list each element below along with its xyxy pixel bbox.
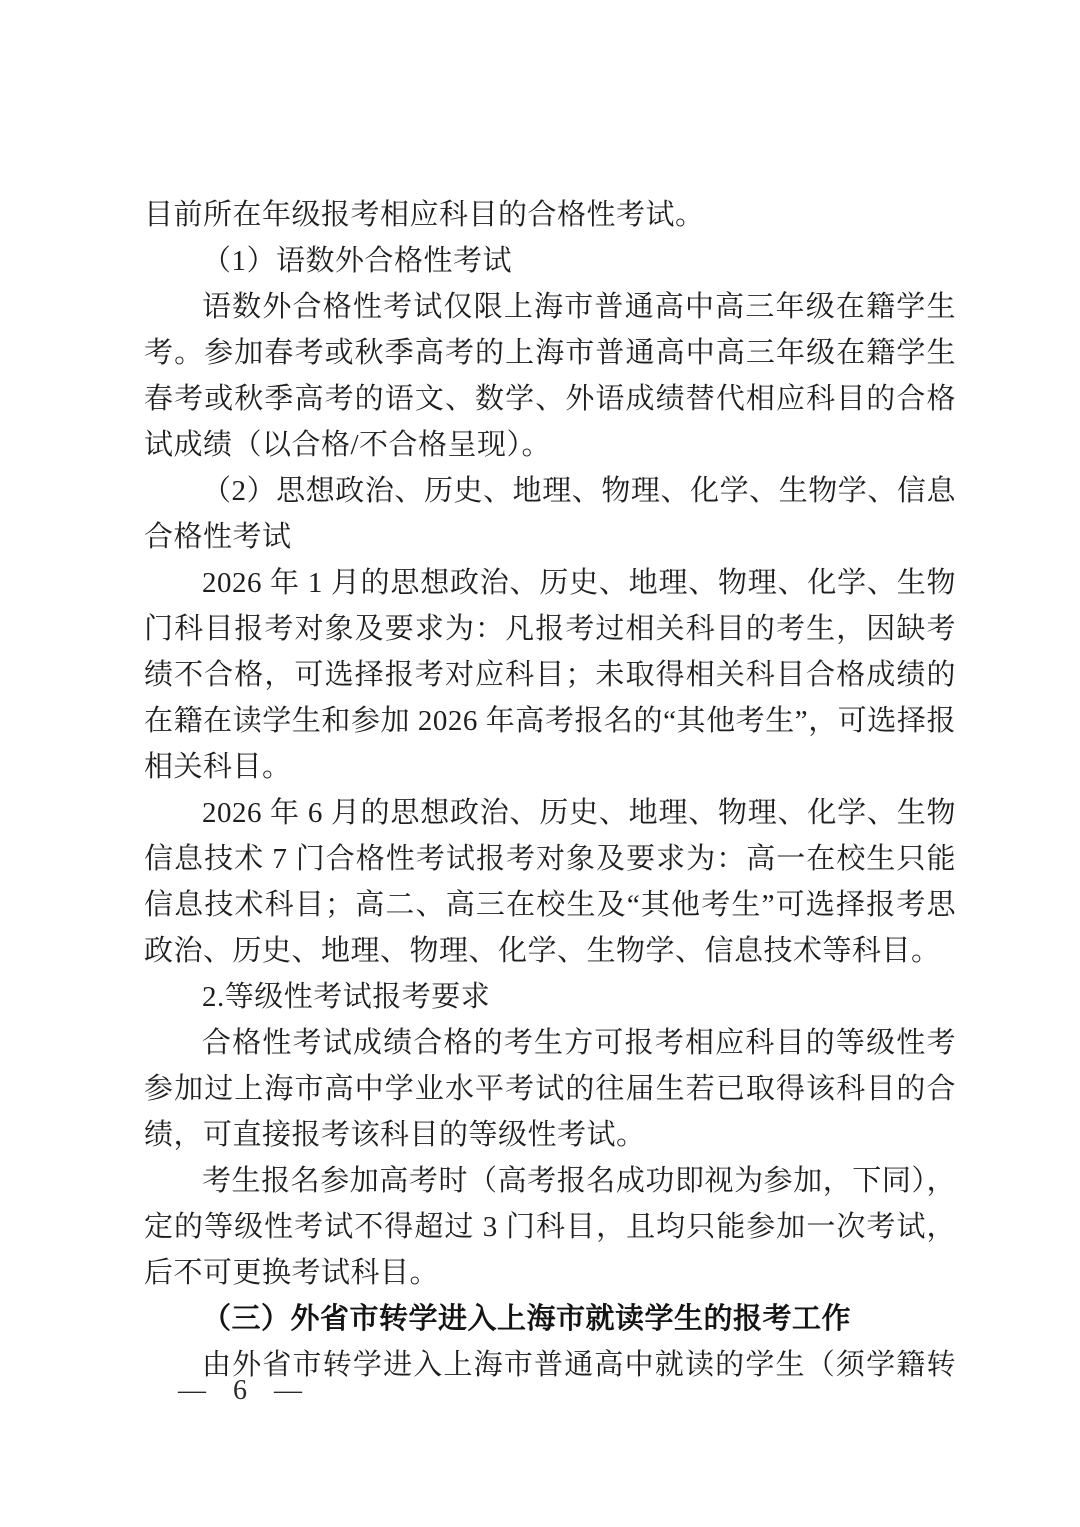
text-line: （1）语数外合格性考试 bbox=[144, 238, 956, 284]
footer-dash-right: — bbox=[274, 1368, 302, 1414]
footer-dash-left: — bbox=[178, 1368, 206, 1414]
paragraph: 目前所在年级报考相应科目的合格性考试。 bbox=[144, 192, 956, 238]
text-line: 考生报名参加高考时（高考报名成功即视为参加，下同），其选 bbox=[144, 1158, 956, 1204]
text-line: 在籍在读学生和参加 2026 年高考报名的“其他考生”，可选择报考 bbox=[144, 698, 956, 744]
section-heading: （三）外省市转学进入上海市就读学生的报考工作 bbox=[144, 1296, 956, 1342]
text-line: 后不可更换考试科目。 bbox=[144, 1250, 956, 1296]
text-line: （2）思想政治、历史、地理、物理、化学、生物学、信息技术 bbox=[144, 468, 956, 514]
page-number-footer: — 6 — bbox=[178, 1368, 302, 1414]
text-line: 定的等级性考试不得超过 3 门科目，且均只能参加一次考试，报考 bbox=[144, 1204, 956, 1250]
text-line: 绩，可直接报考该科目的等级性考试。 bbox=[144, 1112, 956, 1158]
paragraph: 语数外合格性考试仅限上海市普通高中高三年级在籍学生报考。参加春考或秋季高考的上海… bbox=[144, 284, 956, 468]
text-line: 目前所在年级报考相应科目的合格性考试。 bbox=[144, 192, 956, 238]
text-line: 绩不合格，可选择报考对应科目；未取得相关科目合格成绩的高三 bbox=[144, 652, 956, 698]
text-line: 春考或秋季高考的语文、数学、外语成绩替代相应科目的合格性考 bbox=[144, 376, 956, 422]
text-line: 信息技术科目；高二、高三在校生及“其他考生”可选择报考思想 bbox=[144, 882, 956, 928]
paragraph: 2026 年 1 月的思想政治、历史、地理、物理、化学、生物学 6门科目报考对象… bbox=[144, 560, 956, 790]
text-line: 政治、历史、地理、物理、化学、生物学、信息技术等科目。 bbox=[144, 928, 956, 974]
text-line: 考。参加春考或秋季高考的上海市普通高中高三年级在籍学生可用 bbox=[144, 330, 956, 376]
paragraph: 2.等级性考试报考要求 bbox=[144, 974, 956, 1020]
paragraph: 2026 年 6 月的思想政治、历史、地理、物理、化学、生物学、信息技术 7 门… bbox=[144, 790, 956, 974]
text-line: 信息技术 7 门合格性考试报考对象及要求为：高一在校生只能报考 bbox=[144, 836, 956, 882]
text-line: 2.等级性考试报考要求 bbox=[144, 974, 956, 1020]
text-line: 相关科目。 bbox=[144, 744, 956, 790]
text-line: 门科目报考对象及要求为：凡报考过相关科目的考生，因缺考或成 bbox=[144, 606, 956, 652]
text-line: 参加过上海市高中学业水平考试的往届生若已取得该科目的合格成 bbox=[144, 1066, 956, 1112]
paragraph: （1）语数外合格性考试 bbox=[144, 238, 956, 284]
text-line: （三）外省市转学进入上海市就读学生的报考工作 bbox=[144, 1296, 956, 1342]
text-line: 合格性考试成绩合格的考生方可报考相应科目的等级性考试。 bbox=[144, 1020, 956, 1066]
text-line: 语数外合格性考试仅限上海市普通高中高三年级在籍学生报 bbox=[144, 284, 956, 330]
text-line: 合格性考试 bbox=[144, 514, 956, 560]
paragraph: （2）思想政治、历史、地理、物理、化学、生物学、信息技术合格性考试 bbox=[144, 468, 956, 560]
document-page: 目前所在年级报考相应科目的合格性考试。（1）语数外合格性考试语数外合格性考试仅限… bbox=[0, 0, 1080, 1527]
text-line: 试成绩（以合格/不合格呈现）。 bbox=[144, 422, 956, 468]
page-number: 6 bbox=[233, 1368, 247, 1414]
text-block: 目前所在年级报考相应科目的合格性考试。（1）语数外合格性考试语数外合格性考试仅限… bbox=[144, 192, 956, 1388]
text-line: 2026 年 1 月的思想政治、历史、地理、物理、化学、生物学 6 bbox=[144, 560, 956, 606]
text-line: 2026 年 6 月的思想政治、历史、地理、物理、化学、生物学、 bbox=[144, 790, 956, 836]
paragraph: 考生报名参加高考时（高考报名成功即视为参加，下同），其选定的等级性考试不得超过 … bbox=[144, 1158, 956, 1296]
paragraph: 合格性考试成绩合格的考生方可报考相应科目的等级性考试。参加过上海市高中学业水平考… bbox=[144, 1020, 956, 1158]
